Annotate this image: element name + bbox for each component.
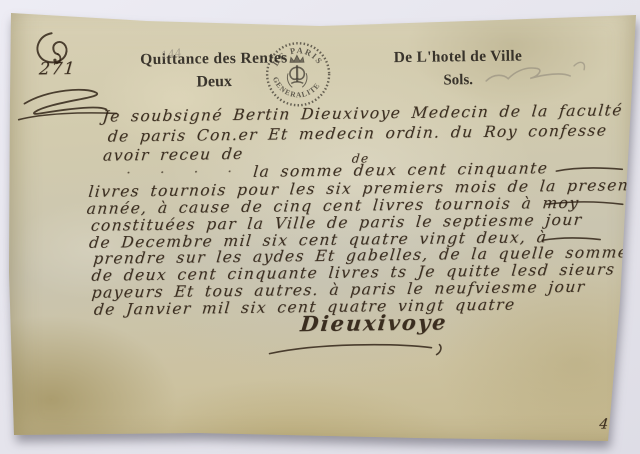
folio-number: 271 [38, 59, 77, 79]
body-line: de paris Con.er Et medecin ordin. du Roy… [107, 121, 608, 145]
signature-flourish-icon [263, 338, 463, 360]
document-content: Quittance des Rentes Deux DE PARIS GENER… [0, 0, 640, 454]
ink-dash [540, 235, 602, 246]
photo-of-document: { "backdrop_color": "#e7e6ee", "parchmen… [0, 0, 640, 454]
photo-backdrop: Quittance des Rentes Deux DE PARIS GENER… [0, 0, 640, 454]
ink-dash [545, 198, 625, 209]
crowned-fleur-de-lis-icon [287, 55, 307, 87]
pencil-scribble-icon [478, 51, 609, 103]
body-line: avoir receu de [102, 145, 244, 165]
parchment-shadow: Quittance des Rentes Deux DE PARIS GENER… [0, 0, 640, 454]
generalite-paris-stamp-icon: DE PARIS GENERALITE [264, 40, 333, 109]
parchment-sheet: Quittance des Rentes Deux DE PARIS GENER… [0, 0, 640, 454]
ink-dash [554, 164, 624, 175]
corner-ink-mark: 4 [599, 416, 611, 432]
signature: Dieuxivoye [299, 309, 448, 336]
leader-dots: · · · · [125, 164, 233, 181]
